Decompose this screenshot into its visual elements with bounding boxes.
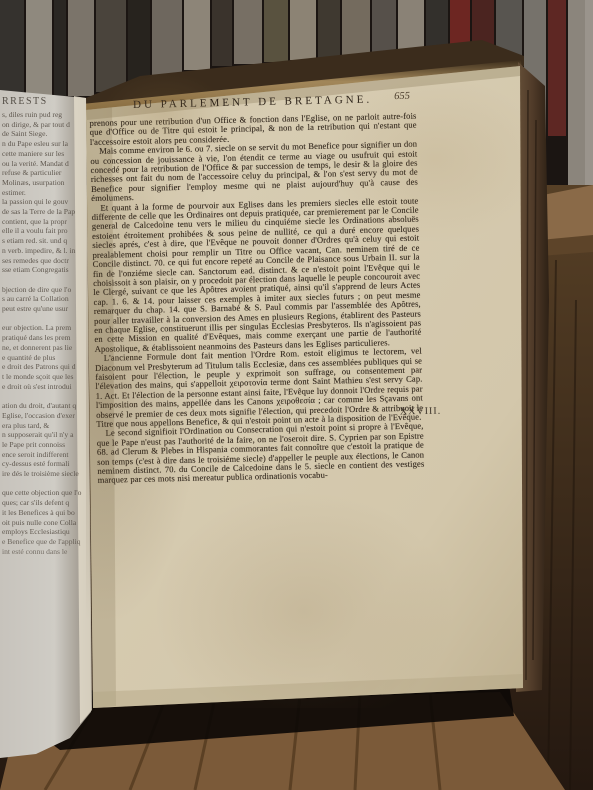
book-spine: [372, 0, 396, 54]
book-spine: [264, 0, 288, 62]
left-page-line-fragment: [2, 566, 86, 576]
left-page-line-fragment: [2, 585, 86, 595]
left-page-line-fragment: estimer.: [2, 188, 86, 198]
left-page-line-fragment: ire dés le troisième siecle: [2, 469, 86, 479]
left-page-line-fragment: ation du droit, d'autant q: [2, 401, 86, 411]
left-page-line-fragment: [2, 479, 86, 489]
left-page-line-fragment: [2, 605, 86, 615]
left-page-line-fragment: [2, 275, 86, 285]
left-page-line-fragment: Molinæs, usurpation: [2, 178, 86, 188]
body-paragraph: Le second signifioit l'Ordination ou Con…: [96, 422, 424, 486]
left-page-line-fragment: era plus tard, &: [2, 421, 86, 431]
left-page-line-fragment: bjection de dire que l'o: [2, 285, 86, 295]
body-paragraph: Et quant à la forme de pourvoir aux Egli…: [91, 196, 421, 354]
left-page-line-fragment: ence seroit indifferent: [2, 450, 86, 460]
book-spine: [0, 0, 24, 96]
left-page-line-fragment: cy-dessus esté formali: [2, 459, 86, 469]
left-page-line-fragment: le Pape prit connoiss: [2, 440, 86, 450]
left-page-line-fragment: cette maniere sur les: [2, 149, 86, 159]
left-page-line-fragment: n du Pape esleu sur la: [2, 139, 86, 149]
book-spine: [398, 0, 424, 52]
left-page-line-fragment: e Benefice que de l'appliq: [2, 537, 86, 547]
left-page-line-fragment: elle il a voulu fait pro: [2, 226, 86, 236]
left-page-line-fragment: [2, 556, 86, 566]
left-page-line-fragment: eur objection. La prem: [2, 323, 86, 333]
left-page-line-fragment: refuse & particulier: [2, 168, 86, 178]
body-paragraph: Mais comme environ le 6. ou 7. siecle on…: [90, 140, 418, 204]
book-spine: [342, 0, 370, 56]
left-page-line-fragment: ques; car s'ils defent q: [2, 498, 86, 508]
margin-note-roman-numeral: XXVIII.: [400, 406, 441, 418]
left-page-line-fragment: ses remedes que doctr: [2, 256, 86, 266]
book-spine: [318, 0, 340, 58]
left-page-line-fragment: e droit des Patrons qui d: [2, 362, 86, 372]
book-spine: [184, 0, 210, 70]
shelf-side-panel: [585, 0, 593, 185]
photo-of-open-antique-book: RRESTS s, diles ruin pud regon dirige, &…: [0, 0, 593, 790]
book-spine: [96, 0, 126, 92]
right-page-text: DU PARLEMENT DE BRETAGNE. 655 prenons po…: [89, 93, 425, 486]
left-page-line-fragment: s au carré la Collation: [2, 294, 86, 304]
left-page-line-fragment: [2, 576, 86, 586]
book-spine: [68, 0, 94, 96]
book-spine: [128, 0, 150, 84]
left-page-line-fragment: [2, 391, 86, 401]
left-page-line-fragment: n supposerait qu'il n'y a: [2, 430, 86, 440]
book-spine: [152, 0, 182, 76]
left-page-line-fragment: int esté connu dans le: [2, 547, 86, 557]
left-page-fragment-list: s, diles ruin pud regon dirige, & par to…: [2, 110, 86, 615]
left-page-line-fragment: la passion qui le gouv: [2, 197, 86, 207]
left-page-line-fragment: Eglise, l'occasion d'exer: [2, 411, 86, 421]
left-page-line-fragment: oit puis nulle cone Colla: [2, 518, 86, 528]
left-page-line-fragment: ne, et donnerent pas lie: [2, 343, 86, 353]
book-spine: [234, 0, 262, 64]
left-page-line-fragment: e droit où s'est introdui: [2, 382, 86, 392]
body-paragraph: L'ancienne Formule dont fait mention l'O…: [95, 347, 424, 430]
left-page-line-fragment: t le monde sçoit que les: [2, 372, 86, 382]
book-spine: [212, 0, 232, 66]
book-spine: [290, 0, 316, 60]
left-page-line-fragment: s etiam red. sit. und q: [2, 236, 86, 246]
left-page-line-fragment: pratiqué dans les prem: [2, 333, 86, 343]
left-page-line-fragment: e quantité de plus: [2, 353, 86, 363]
page-text-block: prenons pour une retribution d'un Office…: [89, 112, 424, 486]
left-page-line-fragment: employs Ecclesiastiqu: [2, 527, 86, 537]
left-page-line-fragment: que cette objection que l'o: [2, 488, 86, 498]
book-spine: [548, 0, 566, 136]
left-page-line-fragment: ou la verité. Mandat d: [2, 159, 86, 169]
left-page-line-fragment: peut estre qu'une usur: [2, 304, 86, 314]
left-page-line-fragment: s, diles ruin pud reg: [2, 110, 86, 120]
page-number: 655: [394, 91, 410, 102]
left-page-line-fragment: on dirige, & par tout d: [2, 120, 86, 130]
left-page-header-fragment: RRESTS: [2, 96, 86, 107]
left-page-line-fragment: de sas la Terre de la Pap: [2, 207, 86, 217]
left-page-line-fragment: contient, que la propr: [2, 217, 86, 227]
left-page-line-fragment: [2, 314, 86, 324]
left-page-line-fragment: sse etiam Congregatis: [2, 265, 86, 275]
left-page-line-fragment: [2, 595, 86, 605]
left-page-line-fragment: de Saint Siege.: [2, 129, 86, 139]
left-page-line-fragment: it les Benefices à qui bo: [2, 508, 86, 518]
book-spine: [54, 0, 66, 96]
left-page-line-fragment: n verb. impedire, & l. in: [2, 246, 86, 256]
book-spine: [26, 0, 52, 96]
left-page-text-fragments: RRESTS s, diles ruin pud regon dirige, &…: [2, 96, 86, 652]
